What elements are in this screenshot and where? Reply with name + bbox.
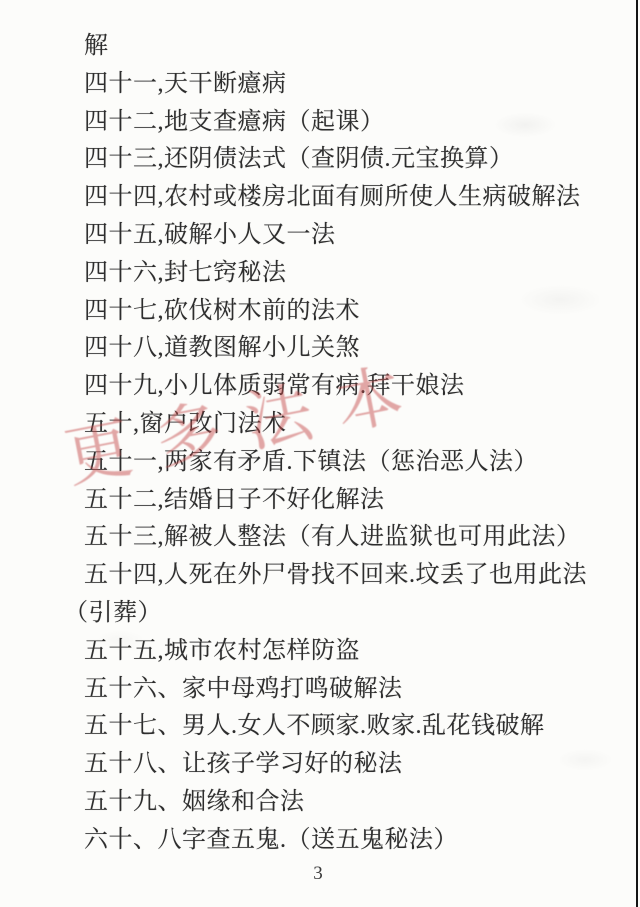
toc-line-53: 五十三,解被人整法（有人进监狱也可用此法） (84, 519, 620, 557)
toc-line-41: 四十一,天干断癔病 (84, 66, 620, 104)
toc-line-43: 四十三,还阴债法式（查阴债.元宝换算） (84, 141, 620, 179)
toc-line-45: 四十五,破解小人又一法 (84, 217, 620, 255)
toc-line-49: 四十九,小儿体质弱常有病.拜干娘法 (84, 368, 620, 406)
toc-line-58: 五十八、让孩子学习好的秘法 (84, 746, 620, 784)
toc-line-59: 五十九、姻缘和合法 (84, 784, 620, 822)
toc-line-44: 四十四,农村或楼房北面有厕所使人生病破解法 (84, 179, 620, 217)
toc-line-60: 六十、八字查五鬼.（送五鬼秘法） (84, 822, 620, 860)
toc-line-57: 五十七、男人.女人不顾家.败家.乱花钱破解 (84, 708, 620, 746)
toc-line-55: 五十五,城市农村怎样防盗 (84, 633, 620, 671)
scanned-document-page: 解 四十一,天干断癔病 四十二,地支查癔病（起课） 四十三,还阴债法式（查阴债.… (0, 0, 640, 907)
toc-line-50: 五十,窗户改门法术 (84, 406, 620, 444)
toc-line-continuation-prev: 解 (84, 28, 620, 66)
toc-line-54: 五十四,人死在外尸骨找不回来.坟丢了也用此法 (84, 557, 620, 595)
toc-line-48: 四十八,道教图解小儿关煞 (84, 330, 620, 368)
toc-line-46: 四十六,封七窍秘法 (84, 255, 620, 293)
toc-line-56: 五十六、家中母鸡打鸣破解法 (84, 671, 620, 709)
toc-line-52: 五十二,结婚日子不好化解法 (84, 482, 620, 520)
page-number: 3 (0, 863, 636, 885)
toc-line-51: 五十一,两家有矛盾.下镇法（惩治恶人法） (84, 444, 620, 482)
scan-edge-line (636, 0, 638, 907)
toc-line-54-wrap: （引葬） (64, 595, 620, 633)
toc-line-42: 四十二,地支查癔病（起课） (84, 104, 620, 142)
toc-list: 解 四十一,天干断癔病 四十二,地支查癔病（起课） 四十三,还阴债法式（查阴债.… (0, 0, 640, 860)
toc-line-47: 四十七,砍伐树木前的法术 (84, 293, 620, 331)
